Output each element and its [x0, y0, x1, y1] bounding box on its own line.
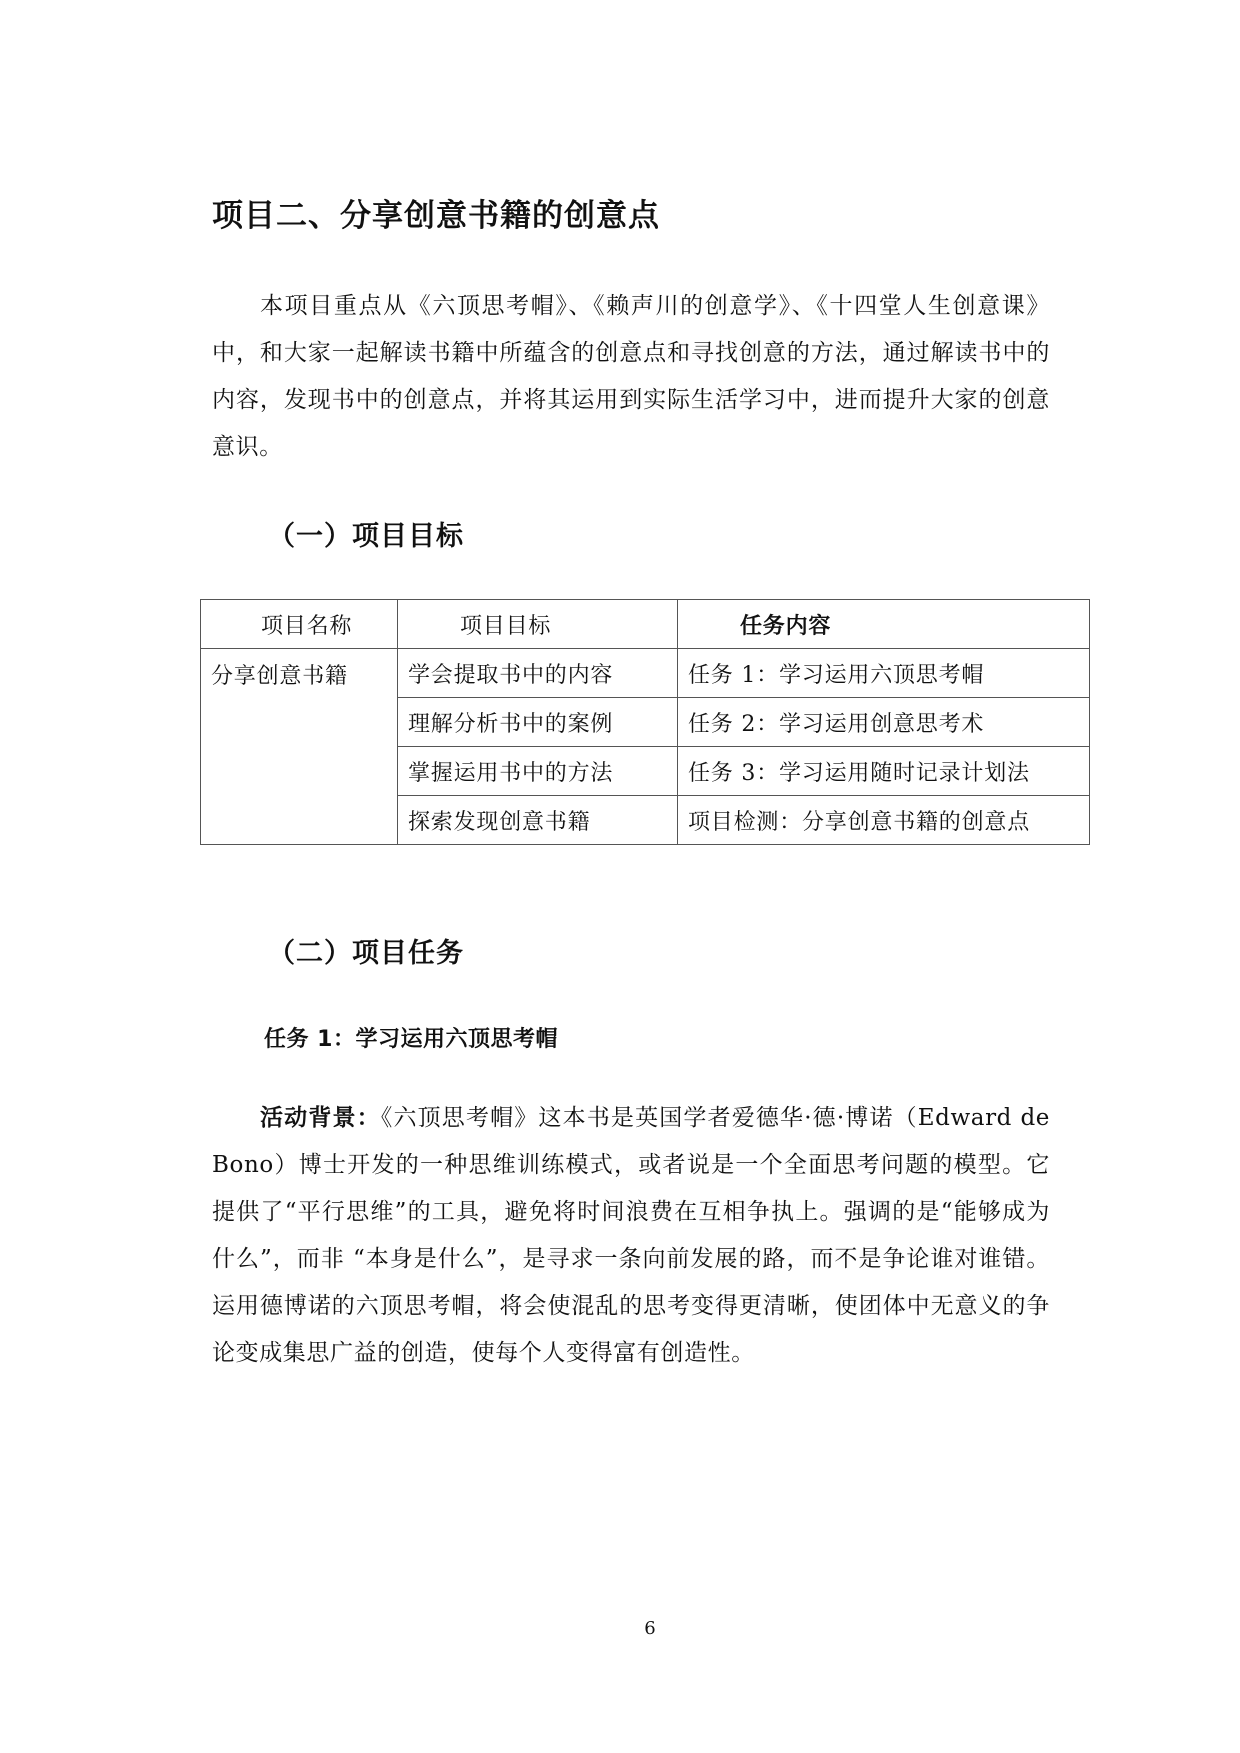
document-page: 项目二、分享创意书籍的创意点 本项目重点从《六顶思考帽》、《赖声川的创意学》、《…: [0, 0, 1240, 1753]
project-name-cell: 分享创意书籍: [201, 649, 398, 845]
task-cell: 任务 1：学习运用六顶思考帽: [678, 649, 1090, 698]
intro-paragraph: 本项目重点从《六顶思考帽》、《赖声川的创意学》、《十四堂人生创意课》中，和大家一…: [212, 283, 1050, 471]
activity-background-label: 活动背景：: [260, 1105, 381, 1131]
task-cell: 任务 2：学习运用创意思考术: [678, 698, 1090, 747]
section-heading-tasks: （二）项目任务: [268, 936, 464, 972]
activity-background-paragraph: 活动背景：《六顶思考帽》这本书是英国学者爱德华·德·博诺（Edward de B…: [212, 1095, 1050, 1377]
task1-title: 任务 1：学习运用六顶思考帽: [264, 1025, 558, 1055]
goal-cell: 掌握运用书中的方法: [398, 747, 678, 796]
page-number: 6: [0, 1618, 1240, 1639]
goal-cell: 学会提取书中的内容: [398, 649, 678, 698]
project-goals-table: 项目名称 项目目标 任务内容 分享创意书籍 学会提取书中的内容 任务 1：学习运…: [200, 599, 1090, 845]
task-cell: 任务 3：学习运用随时记录计划法: [678, 747, 1090, 796]
column-header-project-goal: 项目目标: [398, 600, 678, 649]
task-cell: 项目检测：分享创意书籍的创意点: [678, 796, 1090, 845]
table-header-row: 项目名称 项目目标 任务内容: [201, 600, 1090, 649]
goal-cell: 理解分析书中的案例: [398, 698, 678, 747]
activity-background-text: 《六顶思考帽》这本书是英国学者爱德华·德·博诺（Edward de Bono）博…: [212, 1105, 1050, 1366]
goal-cell: 探索发现创意书籍: [398, 796, 678, 845]
section-heading-goals: （一）项目目标: [268, 519, 464, 555]
column-header-task-content: 任务内容: [678, 600, 1090, 649]
column-header-project-name: 项目名称: [201, 600, 398, 649]
table-row: 分享创意书籍 学会提取书中的内容 任务 1：学习运用六顶思考帽: [201, 649, 1090, 698]
page-title: 项目二、分享创意书籍的创意点: [212, 196, 660, 236]
